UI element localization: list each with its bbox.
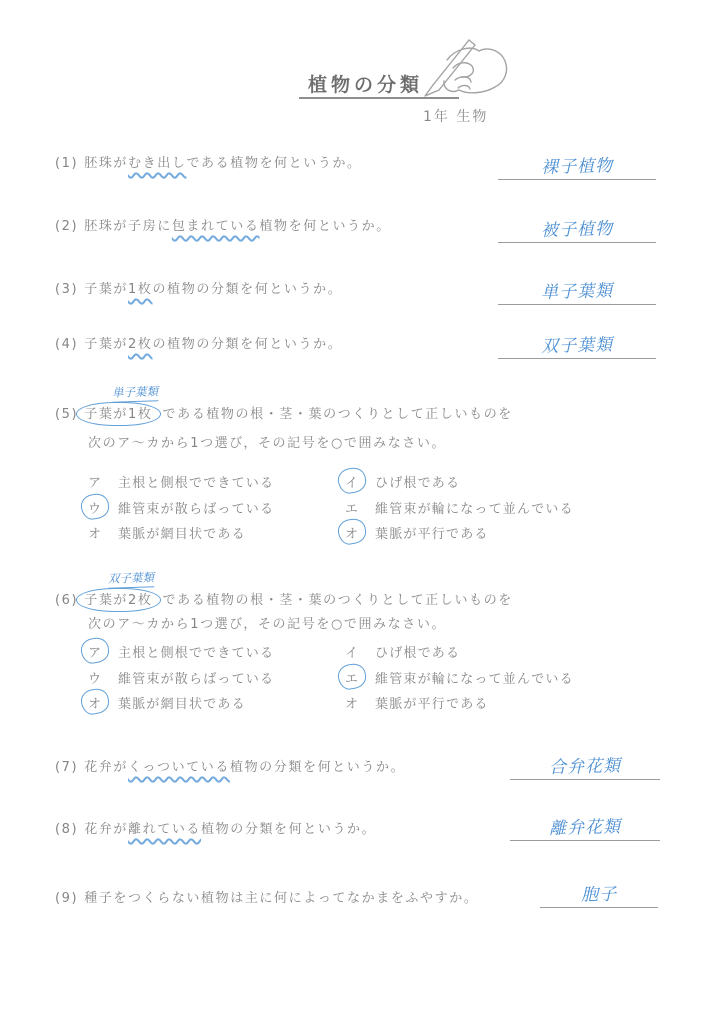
hand-pencil-icon — [413, 36, 513, 102]
q6-option-o1-text: 葉脈が網目状である — [118, 693, 345, 712]
question-3-text-pre: 子葉が — [84, 282, 128, 297]
q5-option-i-text: ひげ根である — [375, 472, 574, 491]
question-5-number: (5) — [55, 407, 78, 422]
answer-line-4: 双子葉類 — [498, 328, 656, 359]
question-2-wavy-underline: 包まれている — [172, 219, 260, 234]
handwritten-answer-2: 被子植物 — [498, 213, 657, 242]
question-6-instruction: 次のア～カから1つ選び，その記号を○で囲みなさい。 — [88, 613, 446, 632]
q5-option-o1-label: オ — [88, 523, 104, 542]
question-1: (1)胚珠がむき出しである植物を何というか。 — [55, 152, 362, 171]
question-8: (8)花弁が離れている植物の分類を何というか。 — [55, 818, 376, 837]
handwritten-answer-3: 単子葉類 — [498, 275, 657, 304]
question-5-circled-phrase: 子葉が1枚 — [76, 402, 160, 426]
q5-option-u-label: ウ — [88, 498, 104, 517]
q5-option-u-text: 維管束が散らばっている — [118, 498, 345, 517]
q6-option-i-label: イ — [345, 642, 361, 661]
q5-option-o2-label: オ — [345, 523, 361, 542]
question-7-text-pre: 花弁が — [84, 760, 128, 775]
answer-line-8: 離弁花類 — [510, 810, 660, 841]
question-4-number: (4) — [55, 337, 78, 352]
page-subtitle: 1年 生物 — [423, 106, 488, 126]
q6-option-u-text: 維管束が散らばっている — [118, 668, 345, 687]
page-title: 植物の分類 — [308, 70, 423, 97]
question-1-number: (1) — [55, 156, 78, 171]
answer-line-2: 被子植物 — [498, 212, 656, 243]
question-1-text-post: である植物を何というか。 — [186, 156, 361, 171]
q5-option-a-label: ア — [88, 472, 104, 491]
question-8-number: (8) — [55, 822, 78, 837]
handwritten-answer-7: 合弁花類 — [510, 750, 661, 779]
q6-option-i-text: ひげ根である — [375, 642, 574, 661]
handwritten-answer-1: 裸子植物 — [498, 150, 657, 179]
question-3-number: (3) — [55, 282, 78, 297]
question-4-text-post: の植物の分類を何というか。 — [153, 337, 343, 352]
question-2-text-pre: 胚珠が子房に — [84, 219, 172, 234]
q6-option-a-text: 主根と側根でできている — [118, 642, 345, 661]
q5-option-e-text: 維管束が輪になって並んでいる — [375, 498, 574, 517]
question-2-number: (2) — [55, 219, 78, 234]
question-7-number: (7) — [55, 760, 78, 775]
answer-line-1: 裸子植物 — [498, 149, 656, 180]
q6-option-o2-text: 葉脈が平行である — [375, 693, 574, 712]
handwritten-annotation-q5: 単子葉類 — [112, 383, 159, 403]
q6-option-u-label: ウ — [88, 668, 104, 687]
question-2: (2)胚珠が子房に包まれている植物を何というか。 — [55, 215, 391, 234]
question-4: (4)子葉が2枚の植物の分類を何というか。 — [55, 333, 342, 352]
q6-option-e-label: エ — [345, 668, 361, 687]
q5-option-o1-text: 葉脈が網目状である — [118, 523, 345, 542]
handwritten-answer-8: 離弁花類 — [510, 811, 661, 840]
q6-option-e-text: 維管束が輪になって並んでいる — [375, 668, 574, 687]
question-1-text-pre: 胚珠が — [84, 156, 128, 171]
question-9-number: (9) — [55, 891, 78, 906]
question-6-circled-phrase: 子葉が2枚 — [76, 588, 160, 612]
question-4-text-pre: 子葉が — [84, 337, 128, 352]
worksheet-page: 植物の分類 1年 生物 (1)胚珠がむき出しである植物を何というか。 裸子植物 … — [0, 0, 725, 1024]
question-4-wavy-underline: 2枚 — [128, 337, 152, 352]
question-6: (6)子葉が2枚である植物の根・茎・葉のつくりとして正しいものを — [55, 589, 513, 610]
question-8-wavy-underline: 離れている — [128, 822, 201, 837]
question-7-text-post: 植物の分類を何というか。 — [230, 760, 405, 775]
q5-option-e-label: エ — [345, 498, 361, 517]
question-6-number: (6) — [55, 593, 78, 608]
handwritten-annotation-q6: 双子葉類 — [108, 569, 155, 589]
question-6-text-post: である植物の根・茎・葉のつくりとして正しいものを — [163, 593, 513, 608]
question-8-text-post: 植物の分類を何というか。 — [201, 822, 376, 837]
question-9-text: 種子をつくらない植物は主に何によってなかまをふやすか。 — [84, 891, 478, 906]
question-8-text-pre: 花弁が — [84, 822, 128, 837]
question-2-text-post: 植物を何というか。 — [259, 219, 390, 234]
question-5-text-post: である植物の根・茎・葉のつくりとして正しいものを — [163, 407, 513, 422]
question-3: (3)子葉が1枚の植物の分類を何というか。 — [55, 278, 342, 297]
answer-line-7: 合弁花類 — [510, 749, 660, 780]
question-3-wavy-underline: 1枚 — [128, 282, 152, 297]
question-5-options: ア主根と側根でできている イひげ根である ウ維管束が散らばっている エ維管束が輪… — [88, 472, 574, 549]
q5-option-i-label: イ — [345, 472, 361, 491]
answer-line-3: 単子葉類 — [498, 274, 656, 305]
q6-option-o2-label: オ — [345, 693, 361, 712]
q6-option-a-label: ア — [88, 642, 104, 661]
handwritten-answer-4: 双子葉類 — [498, 329, 657, 358]
answer-line-9: 胞子 — [540, 877, 658, 908]
question-7: (7)花弁がくっついている植物の分類を何というか。 — [55, 756, 405, 775]
question-9: (9)種子をつくらない植物は主に何によってなかまをふやすか。 — [55, 887, 478, 906]
q5-option-a-text: 主根と側根でできている — [118, 472, 345, 491]
question-3-text-post: の植物の分類を何というか。 — [153, 282, 343, 297]
question-5: (5)子葉が1枚である植物の根・茎・葉のつくりとして正しいものを — [55, 403, 513, 424]
question-7-wavy-underline: くっついている — [128, 760, 230, 775]
q5-option-o2-text: 葉脈が平行である — [375, 523, 574, 542]
question-1-wavy-underline: むき出し — [128, 156, 186, 171]
question-6-options: ア主根と側根でできている イひげ根である ウ維管束が散らばっている エ維管束が輪… — [88, 642, 574, 719]
q6-option-o1-label: オ — [88, 693, 104, 712]
question-5-instruction: 次のア～カから1つ選び，その記号を○で囲みなさい。 — [88, 432, 446, 451]
handwritten-answer-9: 胞子 — [540, 878, 659, 906]
